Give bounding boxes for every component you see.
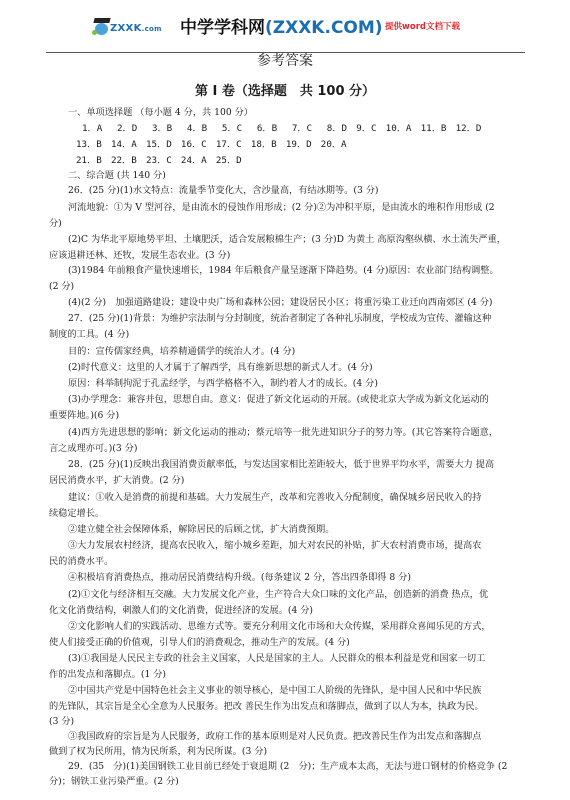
answer-line: 制度的工具。(4 分)	[49, 329, 129, 341]
answer-line: ②文化影响人们的实践活动、思维方式等。要充分利用文化市场和大众传媒，采用群众喜闻…	[68, 621, 491, 633]
answer-line: 分)	[49, 218, 62, 230]
answer-line: 重要阵地。)(6 分)	[49, 410, 119, 422]
answer-line: 化文化消费结构，刺激人们的文化消费，促进经济的发展。(4 分)	[49, 605, 313, 617]
site-tagline[interactable]: 提供word文档下载	[385, 20, 460, 32]
answer-line: 27．(25 分)(1)背景：为维护宗法制与分封制度，统治者制定了各种礼乐制度，…	[68, 313, 491, 325]
answer-line: 应该退耕还林、还牧，发展生态农业。(3 分)	[49, 250, 230, 262]
mascot-icon	[92, 16, 112, 38]
answer-line: ③大力发展农村经济，提高农民收入，缩小城乡差距，加大对农民的补贴，扩大农村消费市…	[68, 540, 481, 552]
answer-line: 目的：宣传儒家经典，培养精通儒学的统治人才。(4 分)	[68, 346, 295, 358]
answer-line: (4)西方先进思想的影响；新文化运动的推动；蔡元培等一批先进知识分子的努力等。(…	[68, 427, 498, 439]
answer-line: (3)办学理念：兼容并包，思想自由。意义：促进了新文化运动的开展。(或使北京大学…	[68, 394, 489, 406]
answer-line: ②建立健全社会保障体系，解除居民的后顾之忧，扩大消费预期。	[68, 524, 334, 536]
answer-line: 26．(25 分)(1)水文特点：流量季节变化大，含沙量高，有结冰期等。(3 分…	[68, 185, 378, 197]
answer-line: 28．(25 分)(1)反映出我国消费贡献率低，与发达国家相比差距较大，低于世界…	[68, 459, 494, 471]
part2-heading: 二、综合题 (共 140 分)	[68, 170, 166, 182]
answer-line: (3)1984 年前粮食产量快速增长，1984 年后粮食产量呈逐渐下降趋势。(4…	[68, 265, 499, 277]
answer-line: ③我国政府的宗旨是为人民服务，政府工作的基本原则是对人民负责。把改善民生作为出发…	[68, 731, 481, 743]
site-name: 中学学科网(ZXXK.COM)	[180, 13, 383, 38]
answer-line: (2)C 为华北平原地势平坦、土壤肥沃，适合发展粮棉生产；(3 分)D 为黄土 …	[68, 234, 506, 246]
part1-heading: 一、单项选择题 （每小题 4 分，共 100 分）	[68, 107, 253, 119]
mc-answers-row: 13．B 14．A 15．D 16．C 17．C 18．B 19．D 20．A	[76, 139, 347, 151]
answer-line: 续稳定增长。	[49, 508, 104, 520]
answer-line: ②中国共产党是中国特色社会主义事业的领导核心，是中国工人阶级的先锋队，是中国人民…	[68, 685, 481, 697]
answer-line: 原因：科举制拘泥于孔孟经学，与西学格格不入，制约着人才的成长。(4 分)	[68, 378, 378, 390]
answer-line: ④积极培育消费热点，推动居民消费结构升级。(每条建议 2 分，答出四条即得 8 …	[68, 572, 411, 584]
site-logo[interactable]: ZXXK.com	[92, 16, 166, 38]
answer-line: (3 分)	[49, 716, 74, 728]
answer-line: (2)①文化与经济相互交融。大力发展文化产业，生产符合大众口味的文化产品，创造新…	[68, 589, 488, 601]
answer-line: 使人们接受正确的价值观，引导人们的消费观念，推动生产的发展。(4 分)	[49, 637, 350, 649]
answer-line: 作的出发点和落脚点。(1 分)	[49, 669, 166, 681]
answer-line: 言之成理亦可。)(3 分)	[49, 443, 137, 455]
answer-line: (3)①我国是人民民主专政的社会主义国家，人民是国家的主人。人民群众的根本利益是…	[68, 653, 485, 665]
answer-line: (2)时代意义：这里的人才属于了解西学，具有维新思想的新式人才。(4 分)	[68, 362, 373, 374]
answer-line: 居民消费水平，扩大消费。(2 分)	[49, 475, 184, 487]
document-title: 参考答案	[0, 50, 570, 70]
answer-line: 河流地貌：①为 V 型河谷，是由流水的侵蚀作用形成；(2 分)②为冲积平原，是由…	[68, 202, 495, 214]
logo-text: ZXXK.com	[110, 23, 162, 34]
mc-answers-row: 1．A 2．D 3．B 4．B 5．C 6．B 7．C 8．D 9．C 10．A…	[82, 123, 481, 135]
section-title: 第 I 卷（选择题 共 100 分）	[0, 80, 570, 99]
answer-line: (4)(2 分) 加强道路建设；建设中央广场和森林公园；建设居民小区；将重污染工…	[68, 297, 493, 309]
answer-line: 建议：①收入是消费的前提和基础。大力发展生产，改革和完善收入分配制度，确保城乡居…	[68, 492, 481, 504]
site-url: (ZXXK.COM)	[265, 18, 383, 38]
mc-answers-row: 21．B 22．B 23．C 24．A 25．D	[76, 155, 242, 167]
answer-line: (2 分)	[49, 281, 74, 293]
footer-banner	[0, 746, 570, 780]
answer-line: 的先锋队，其宗旨是全心全意为人民服务。把改 善民生作为出发点和落脚点，做到了以人…	[49, 701, 484, 713]
answer-line: 民的消费水平。	[49, 556, 113, 568]
header-banner: ZXXK.com 中学学科网(ZXXK.COM) 提供word文档下载	[0, 10, 570, 44]
